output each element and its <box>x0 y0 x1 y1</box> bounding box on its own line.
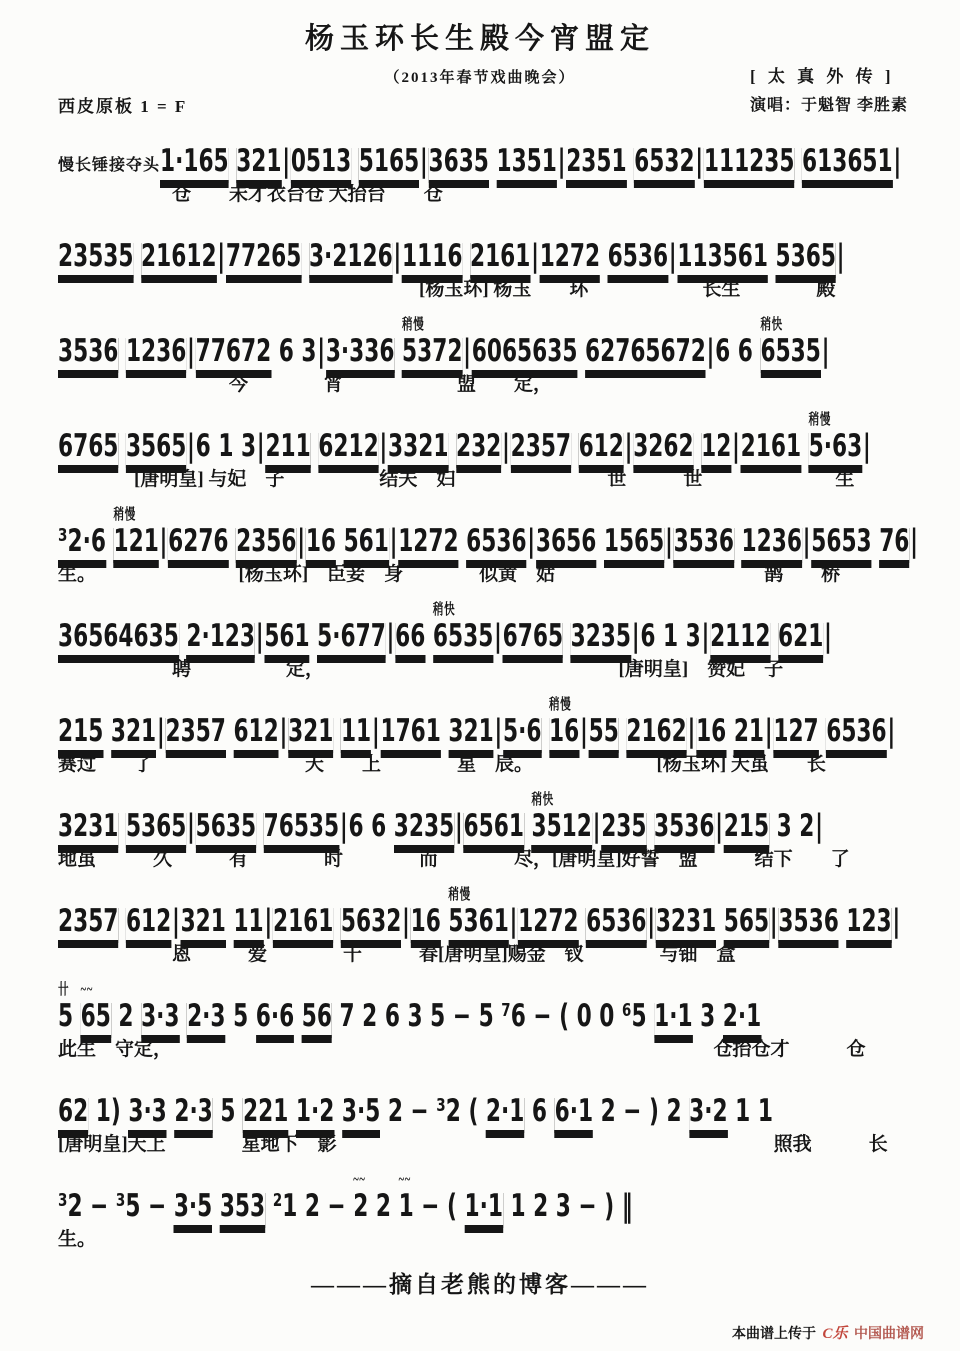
note-group: 2 <box>533 1188 548 1224</box>
upload-note-text: 本曲谱上传于 <box>732 1327 816 1342</box>
note-group: 1·2 <box>296 1093 334 1133</box>
barline: | <box>706 333 715 369</box>
tempo-annotation: 稍慢 <box>448 888 470 903</box>
lyrics-line: 地虽 久 有 时 而 尽，[唐明皇]好誓 盟 结下 了 <box>58 849 960 872</box>
note-group: ) <box>604 1188 614 1224</box>
barline: | <box>836 238 845 274</box>
note-group: 6 <box>196 428 211 464</box>
barline: | <box>256 428 265 464</box>
note-group: − <box>148 1188 166 1224</box>
barline: | <box>631 618 640 654</box>
note-group: 3512 <box>531 808 591 848</box>
note-group: 1565 <box>604 523 664 563</box>
note-group: 2112 <box>710 618 770 658</box>
lyrics-line: [唐明皇] 与妃 子 结夫 妇 世 世 生 <box>58 469 960 492</box>
note-group: 353 <box>220 1188 265 1228</box>
notation-row: 卄5 ~~65 2 3·3 2·3 5 6·6 56 7 2 6 3 5 − 5… <box>58 981 960 1034</box>
note-group: 11 <box>341 713 371 753</box>
barline: | <box>701 618 710 654</box>
note-group: 2·1 <box>723 998 761 1038</box>
tempo-annotation: 稍慢 <box>114 508 136 523</box>
barline: | <box>769 903 778 939</box>
notation-line: ³2 − ³5 − 3·5 353 ²1 2 − ~~2 2 ~~1 − ( 1… <box>58 1171 633 1224</box>
note-group: 2357 <box>511 428 571 468</box>
note-group: 6 <box>532 1093 547 1129</box>
note-group: 6535 <box>760 333 820 373</box>
notation-row: 3536 1236|77672 6 3|3·336 稍慢5372|6065635… <box>58 316 960 369</box>
note-group: 77265 <box>226 238 302 278</box>
notation-row: 36564635 2·123|561 5·677|66 稍快6535|6765 … <box>58 601 960 654</box>
note-group: 5653 <box>811 523 871 563</box>
note-group: 2·3 <box>187 998 225 1038</box>
note-group: 612 <box>579 428 624 468</box>
barline: | <box>156 713 165 749</box>
barline: | <box>186 333 195 369</box>
note-group: 76535 <box>264 808 340 848</box>
note-group: 6536 <box>466 523 526 563</box>
note-group: 6 <box>385 998 400 1034</box>
score-system: 23535 21612|77265 3·2126|1116 2161|1272 … <box>58 221 960 316</box>
note-group: 16 <box>306 523 336 563</box>
notation-segment: 稍快6535| <box>760 333 830 369</box>
notation-line: 62 1) 3·3 2·3 5 221 1·2 3·5 2 − ³2 ( 2·1… <box>58 1076 773 1129</box>
notation-segment: 3536 1236|77672 6 3|3·336 <box>58 333 402 369</box>
note-group: 2 <box>118 998 133 1034</box>
note-group: 565 <box>724 903 769 943</box>
notation-segment: ~~1 − ( 1·1 1 2 3 − ) ‖ <box>399 1188 633 1224</box>
lyrics-line: 生。 <box>58 1229 960 1252</box>
note-group: 6 <box>640 618 655 654</box>
note-group: 6212 <box>318 428 378 468</box>
tempo-annotation: ~~ <box>353 1173 365 1188</box>
note-group: 3656 <box>536 523 596 563</box>
note-group: 1351 <box>496 143 556 183</box>
lyrics-line: 赛过 了 天 上 星 辰。 [杨玉环] 天虽 长 <box>58 754 960 777</box>
barline: | <box>893 143 902 179</box>
note-group: − <box>90 1188 108 1224</box>
lyrics-line: 恩 爱 千 春[唐明皇]赐金 钗 与钿 盒 <box>58 944 960 967</box>
note-group: 2162 <box>626 713 686 753</box>
note-group: 3·5 <box>342 1093 380 1133</box>
tempo-annotation: 稍快 <box>433 603 455 618</box>
note-group: 62765672 <box>585 333 706 373</box>
note-group: 2 <box>362 998 377 1034</box>
note-group: 16 <box>696 713 726 753</box>
note-group: 1761 <box>380 713 440 753</box>
note-group: 113561 <box>677 238 768 278</box>
note-group: ³2 <box>436 1093 461 1129</box>
note-group: 1 <box>758 1093 773 1129</box>
lyrics-line: 生。 [杨玉环] 臣妾 身 似黄 姑 鹊 桥 <box>58 564 960 587</box>
notation-segment: 稍慢5361|1272 6536|3231 565|3536 123| <box>448 903 901 939</box>
barline: | <box>909 523 918 559</box>
barline: | <box>296 523 305 559</box>
notation-segment: ³2 − ³5 − 3·5 353 ²1 2 − <box>58 1188 353 1224</box>
score-system: ³2·6 稍慢121|6276 2356|16 561|1272 6536|36… <box>58 506 960 601</box>
note-group: 3231 <box>656 903 716 943</box>
notation-row: 23535 21612|77265 3·2126|1116 2161|1272 … <box>58 221 960 274</box>
score-system: 36564635 2·123|561 5·677|66 稍快6535|6765 … <box>58 601 960 696</box>
note-group: 6536 <box>826 713 886 753</box>
note-group: 1) <box>96 1093 121 1129</box>
notation-line: 2357 612|321 11|2161 5632|16 稍慢5361|1272… <box>58 886 901 939</box>
note-group: 0 <box>599 998 614 1034</box>
note-group: 1272 <box>398 523 458 563</box>
note-group: ³5 <box>116 1188 141 1224</box>
barline: | <box>379 428 388 464</box>
note-group: 1 <box>399 1188 414 1224</box>
notation-row: 62 1) 3·3 2·3 5 221 1·2 3·5 2 − ³2 ( 2·1… <box>58 1076 960 1129</box>
note-group: 23535 <box>58 238 134 278</box>
note-group: 5 <box>220 1093 235 1129</box>
tempo-annotation: 卄 <box>58 983 69 998</box>
score-title: 杨玉环长生殿今宵盟定 <box>0 0 960 57</box>
notation-line: 1·165 321|0513 5165|3635 1351|2351 6532|… <box>160 126 902 179</box>
barline: | <box>494 713 503 749</box>
score-system: 3231 5365|5635 76535|6 6 3235|6561 稍快351… <box>58 791 960 886</box>
lyrics-line: 此生 守定， 仓抬仓才 仓 <box>58 1039 960 1062</box>
notation-segment: 6765 3565|6 1 3|211 6212|3321 232|2357 6… <box>58 428 809 464</box>
note-group: 3 <box>777 808 792 844</box>
tempo-annotation: ~~ <box>81 983 93 998</box>
note-group: 5 <box>233 998 248 1034</box>
note-group: 3 <box>686 618 701 654</box>
note-group: 215 <box>58 713 103 753</box>
note-group: 3·2126 <box>309 238 393 278</box>
barline: | <box>802 523 811 559</box>
note-group: 6765 <box>58 428 118 468</box>
tempo-annotation: 稍慢 <box>809 413 831 428</box>
notation-segment: 稍慢5372|6065635 62765672|6 6 <box>402 333 760 369</box>
credits-block: [ 太 真 外 传 ] 演唱：于魁智 李胜素 <box>750 62 908 115</box>
note-group: − <box>328 1188 346 1224</box>
notation-segment: 稍快6535|6765 3235|6 1 3|2112 621| <box>433 618 833 654</box>
note-group: ³2·6 <box>58 523 106 563</box>
note-group: 1 <box>218 428 233 464</box>
note-group: 6765 <box>503 618 563 658</box>
barline: | <box>264 903 273 939</box>
footer-credit: ———摘自老熊的博客——— <box>0 1266 960 1299</box>
note-group: 2161 <box>741 428 801 468</box>
barline: | <box>695 143 704 179</box>
note-group: 121 <box>114 523 159 563</box>
note-group: 3 <box>700 998 715 1034</box>
note-group: 55 <box>589 713 619 753</box>
barline: | <box>668 238 677 274</box>
barline: | <box>279 713 288 749</box>
note-group: 2 <box>388 1093 403 1129</box>
note-group: − <box>578 1188 596 1224</box>
note-group: − <box>623 1093 641 1129</box>
note-group: 111235 <box>704 143 795 183</box>
score-system: 2357 612|321 11|2161 5632|16 稍慢5361|1272… <box>58 886 960 981</box>
barline: | <box>509 903 518 939</box>
note-group: 127 <box>773 713 818 753</box>
note-group: 5365 <box>776 238 836 278</box>
note-group: 321 <box>288 713 333 753</box>
note-group: 235 <box>601 808 646 848</box>
barline: | <box>731 428 740 464</box>
mode-and-key-label: 西皮原板 1 = F <box>58 92 187 117</box>
barline: | <box>814 808 823 844</box>
note-group: 6 <box>738 333 753 369</box>
note-group: 3235 <box>571 618 631 658</box>
note-group: 3·3 <box>141 998 179 1038</box>
note-group: 6·6 <box>256 998 294 1038</box>
notation-segment: 稍慢16|55 2162|16 21|127 6536| <box>549 713 896 749</box>
note-group: 561 <box>264 618 309 658</box>
barline: | <box>454 808 463 844</box>
note-group: 1·1 <box>464 1188 502 1228</box>
note-group: 0513 <box>291 143 351 183</box>
note-group: ⁶5 <box>622 998 647 1034</box>
note-group: 3321 <box>388 428 448 468</box>
barline: | <box>687 713 696 749</box>
barline: | <box>557 143 566 179</box>
note-group: 321 <box>448 713 493 753</box>
note-group: 2357 <box>58 903 118 943</box>
note-group: 321 <box>181 903 226 943</box>
note-group: 1·165 <box>160 143 229 183</box>
note-group: 1236 <box>742 523 802 563</box>
note-group: 2357 <box>165 713 225 753</box>
notation-segment: 稍快3512|235 3536|215 3 2| <box>531 808 823 844</box>
barline: | <box>579 713 588 749</box>
note-group: − <box>421 1188 439 1224</box>
note-group: 3536 <box>654 808 714 848</box>
note-group: − <box>533 998 551 1034</box>
note-group: 5 <box>58 998 73 1034</box>
note-group: 5372 <box>402 333 462 373</box>
barline: | <box>186 808 195 844</box>
score-system: 卄5 ~~65 2 3·3 2·3 5 6·6 56 7 2 6 3 5 − 5… <box>58 981 960 1076</box>
barline: | <box>764 713 773 749</box>
note-group: 2161 <box>273 903 333 943</box>
note-group: 36564635 <box>58 618 179 658</box>
note-group: 2·123 <box>186 618 255 658</box>
note-group: ) <box>649 1093 659 1129</box>
note-group: 6 <box>279 333 294 369</box>
note-group: 211 <box>265 428 310 468</box>
notation-line: 3536 1236|77672 6 3|3·336 稍慢5372|6065635… <box>58 316 830 369</box>
barline: | <box>527 523 536 559</box>
notation-segment: ~~2 2 <box>353 1188 398 1224</box>
note-group: 6 <box>348 808 363 844</box>
notation-segment: ~~65 2 3·3 2·3 5 6·6 56 7 2 6 3 5 − 5 ⁷6… <box>81 998 762 1034</box>
note-group: − <box>453 998 471 1034</box>
note-group: 3·336 <box>326 333 395 373</box>
note-group: 3536 <box>58 333 118 373</box>
notation-line: 卄5 ~~65 2 3·3 2·3 5 6·6 56 7 2 6 3 5 − 5… <box>58 981 761 1034</box>
barline: | <box>823 618 832 654</box>
barline: | <box>255 618 264 654</box>
barline: | <box>393 238 402 274</box>
note-group: 3536 <box>674 523 734 563</box>
barline: | <box>217 238 226 274</box>
note-group: 2 <box>353 1188 368 1224</box>
note-group: 2 <box>799 808 814 844</box>
note-group: 3·2 <box>689 1093 727 1133</box>
notation-segment: 1·165 321|0513 5165|3635 1351|2351 6532|… <box>160 143 902 179</box>
notation-row: 215 321|2357 612|321 11|1761 321|5·6 稍慢1… <box>58 696 960 749</box>
note-group: 5635 <box>196 808 256 848</box>
note-group: 6536 <box>586 903 646 943</box>
upload-note: 本曲谱上传于 C乐 中国曲谱网 <box>732 1322 924 1343</box>
note-group: 3 <box>301 333 316 369</box>
barline: | <box>530 238 539 274</box>
note-group: 56 <box>302 998 332 1038</box>
note-group: 1272 <box>540 238 600 278</box>
note-group: ( <box>559 998 569 1034</box>
score-system: 慢长锤接夺头1·165 321|0513 5165|3635 1351|2351… <box>58 126 960 221</box>
note-group: 5 <box>430 998 445 1034</box>
note-group: 5361 <box>448 903 508 943</box>
note-group: 1·1 <box>654 998 692 1038</box>
note-group: 3 <box>241 428 256 464</box>
note-group: 6065635 <box>472 333 578 373</box>
note-group: 3262 <box>633 428 693 468</box>
barline: | <box>386 618 395 654</box>
note-group: 12 <box>701 428 731 468</box>
notation-segment: 215 321|2357 612|321 11|1761 321|5·6 <box>58 713 549 749</box>
note-group: 1272 <box>518 903 578 943</box>
notation-body: 慢长锤接夺头1·165 321|0513 5165|3635 1351|2351… <box>0 126 960 1266</box>
percussion-pattern-label: 慢长锤接夺头 <box>58 126 160 175</box>
note-group: 2 <box>601 1093 616 1129</box>
notation-row: 3231 5365|5635 76535|6 6 3235|6561 稍快351… <box>58 791 960 844</box>
notation-segment: 2357 612|321 11|2161 5632|16 <box>58 903 448 939</box>
notation-segment: 稍慢5·63| <box>809 428 872 464</box>
note-group: 6 <box>715 333 730 369</box>
note-group: 2356 <box>236 523 296 563</box>
score-system: 6765 3565|6 1 3|211 6212|3321 232|2357 6… <box>58 411 960 506</box>
note-group: 3 <box>407 998 422 1034</box>
barline: | <box>462 333 471 369</box>
note-group: 16 <box>549 713 579 753</box>
notation-segment: ³2·6 <box>58 523 114 559</box>
note-group: 0 <box>577 998 592 1034</box>
note-group: 621 <box>778 618 823 658</box>
barline: | <box>419 143 428 179</box>
notation-segment: 卄5 <box>58 998 81 1034</box>
tempo-annotation: 稍慢 <box>549 698 571 713</box>
note-group: 6561 <box>464 808 524 848</box>
barline: | <box>821 333 830 369</box>
barline: | <box>317 333 326 369</box>
note-group: 5·6 <box>503 713 541 753</box>
notation-line: 6765 3565|6 1 3|211 6212|3321 232|2357 6… <box>58 411 872 464</box>
score-header: 杨玉环长生殿今宵盟定 （2013年春节戏曲晚会） [ 太 真 外 传 ] 演唱：… <box>0 0 960 126</box>
lyrics-line: [唐明皇]天上 星地下 影 照我 长 <box>58 1134 960 1157</box>
score-system: ³2 − ³5 − 3·5 353 ²1 2 − ~~2 2 ~~1 − ( 1… <box>58 1171 960 1266</box>
performers-label: 演唱：于魁智 李胜素 <box>750 92 908 115</box>
tempo-annotation: 稍快 <box>760 318 782 333</box>
barline: | <box>624 428 633 464</box>
notation-segment: 23535 21612|77265 3·2126|1116 2161|1272 … <box>58 238 845 274</box>
notation-line: 3231 5365|5635 76535|6 6 3235|6561 稍快351… <box>58 791 824 844</box>
note-group: 221 <box>243 1093 288 1133</box>
tempo-annotation: ~~ <box>399 1173 411 1188</box>
note-group: ‖ <box>622 1188 633 1224</box>
score-system: 215 321|2357 612|321 11|1761 321|5·6 稍慢1… <box>58 696 960 791</box>
note-group: 3536 <box>778 903 838 943</box>
barline: | <box>646 903 655 939</box>
note-group: 21612 <box>141 238 217 278</box>
note-group: 232 <box>456 428 501 468</box>
barline: | <box>339 808 348 844</box>
notation-line: ³2·6 稍慢121|6276 2356|16 561|1272 6536|36… <box>58 506 919 559</box>
barline: | <box>664 523 673 559</box>
note-group: 3235 <box>394 808 454 848</box>
barline: | <box>501 428 510 464</box>
note-group: 3231 <box>58 808 118 848</box>
note-group: 3 <box>556 1188 571 1224</box>
note-group: 1236 <box>126 333 186 373</box>
note-group: 612 <box>126 903 171 943</box>
note-group: 21 <box>734 713 764 753</box>
note-group: 561 <box>344 523 389 563</box>
notation-line: 23535 21612|77265 3·2126|1116 2161|1272 … <box>58 221 845 274</box>
note-group: 612 <box>233 713 278 753</box>
note-group: ²1 <box>273 1188 298 1224</box>
notation-segment: 36564635 2·123|561 5·677|66 <box>58 618 433 654</box>
notation-segment: 稍慢121|6276 2356|16 561|1272 6536|3656 15… <box>114 523 919 559</box>
note-group: 5165 <box>359 143 419 183</box>
tempo-annotation: 稍快 <box>531 793 553 808</box>
note-group: 5 <box>479 998 494 1034</box>
notation-row: ³2·6 稍慢121|6276 2356|16 561|1272 6536|36… <box>58 506 960 559</box>
note-group: 2161 <box>470 238 530 278</box>
note-group: 215 <box>724 808 769 848</box>
note-group: 7 <box>340 998 355 1034</box>
lyrics-line: [杨玉环] 杨玉 环 长生 殿 <box>58 279 960 302</box>
notation-row: 6765 3565|6 1 3|211 6212|3321 232|2357 6… <box>58 411 960 464</box>
barline: | <box>493 618 502 654</box>
barline: | <box>171 903 180 939</box>
note-group: 5365 <box>126 808 186 848</box>
note-group: 62 <box>58 1093 88 1133</box>
score-system: 3536 1236|77672 6 3|3·336 稍慢5372|6065635… <box>58 316 960 411</box>
note-group: − <box>411 1093 429 1129</box>
score-system: 62 1) 3·3 2·3 5 221 1·2 3·5 2 − ³2 ( 2·1… <box>58 1076 960 1171</box>
note-group: 1116 <box>402 238 462 278</box>
note-group: 6276 <box>168 523 228 563</box>
barline: | <box>371 713 380 749</box>
note-group: 5·63 <box>809 428 863 468</box>
note-group: 3·5 <box>174 1188 212 1228</box>
notation-row: 2357 612|321 11|2161 5632|16 稍慢5361|1272… <box>58 886 960 939</box>
note-group: 2·3 <box>174 1093 212 1133</box>
note-group: 1 <box>510 1188 525 1224</box>
barline: | <box>862 428 871 464</box>
notation-line: 215 321|2357 612|321 11|1761 321|5·6 稍慢1… <box>58 696 896 749</box>
note-group: 6536 <box>608 238 668 278</box>
barline: | <box>186 428 195 464</box>
note-group: 2 <box>376 1188 391 1224</box>
barline: | <box>714 808 723 844</box>
note-group: 321 <box>236 143 281 183</box>
barline: | <box>159 523 168 559</box>
note-group: 77672 <box>196 333 272 373</box>
lyrics-line: 今 宵 盟 定， <box>58 374 960 397</box>
tempo-annotation: 稍慢 <box>402 318 424 333</box>
barline: | <box>389 523 398 559</box>
note-group: 65 <box>81 998 111 1038</box>
note-group: 5·677 <box>317 618 386 658</box>
notation-row: 慢长锤接夺头1·165 321|0513 5165|3635 1351|2351… <box>58 126 960 179</box>
barline: | <box>887 713 896 749</box>
notation-segment: 3231 5365|5635 76535|6 6 3235|6561 <box>58 808 531 844</box>
